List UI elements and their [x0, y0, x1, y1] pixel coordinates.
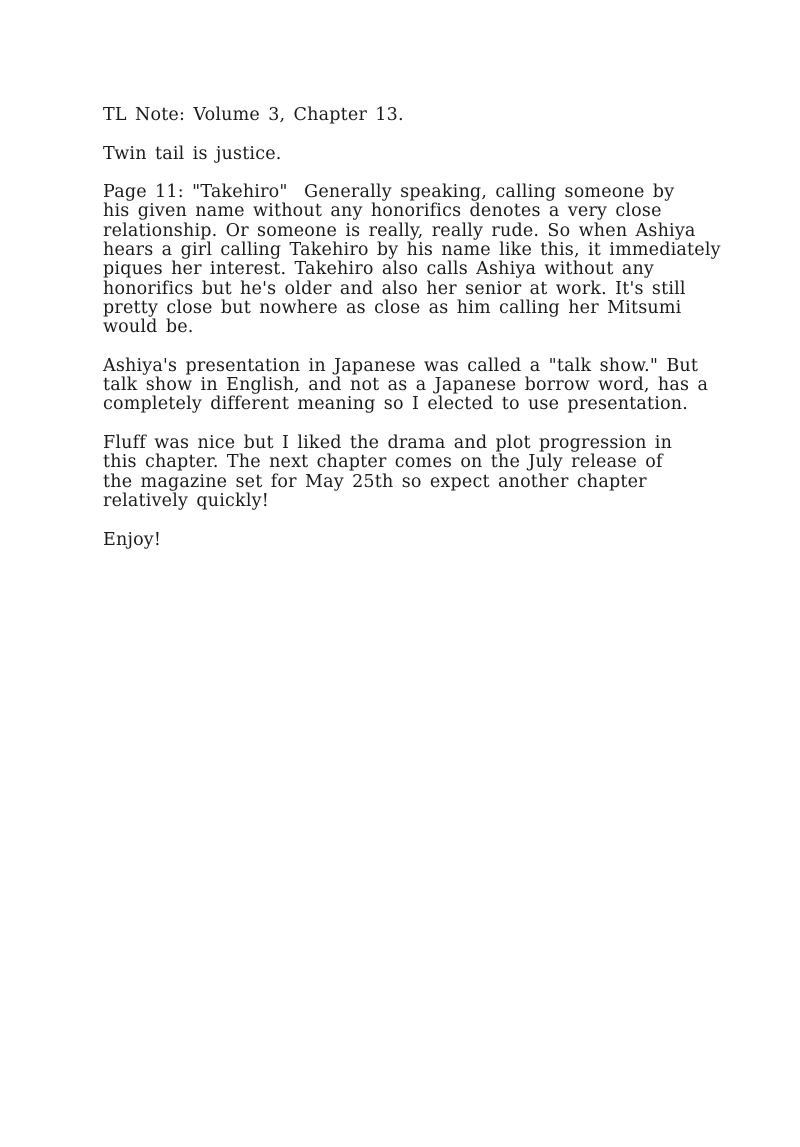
- tl-note-text-block: TL Note: Volume 3, Chapter 13. Twin tail…: [103, 106, 763, 550]
- note-paragraph-release: Fluff was nice but I liked the drama and…: [103, 434, 763, 511]
- note-tagline: Twin tail is justice.: [103, 145, 763, 164]
- note-paragraph-talk-show: Ashiya's presentation in Japanese was ca…: [103, 357, 763, 415]
- note-paragraph-takehiro: Page 11: "Takehiro" Generally speaking, …: [103, 183, 763, 337]
- tl-note-page: TL Note: Volume 3, Chapter 13. Twin tail…: [0, 0, 800, 1147]
- note-signoff: Enjoy!: [103, 531, 763, 550]
- note-title: TL Note: Volume 3, Chapter 13.: [103, 106, 763, 125]
